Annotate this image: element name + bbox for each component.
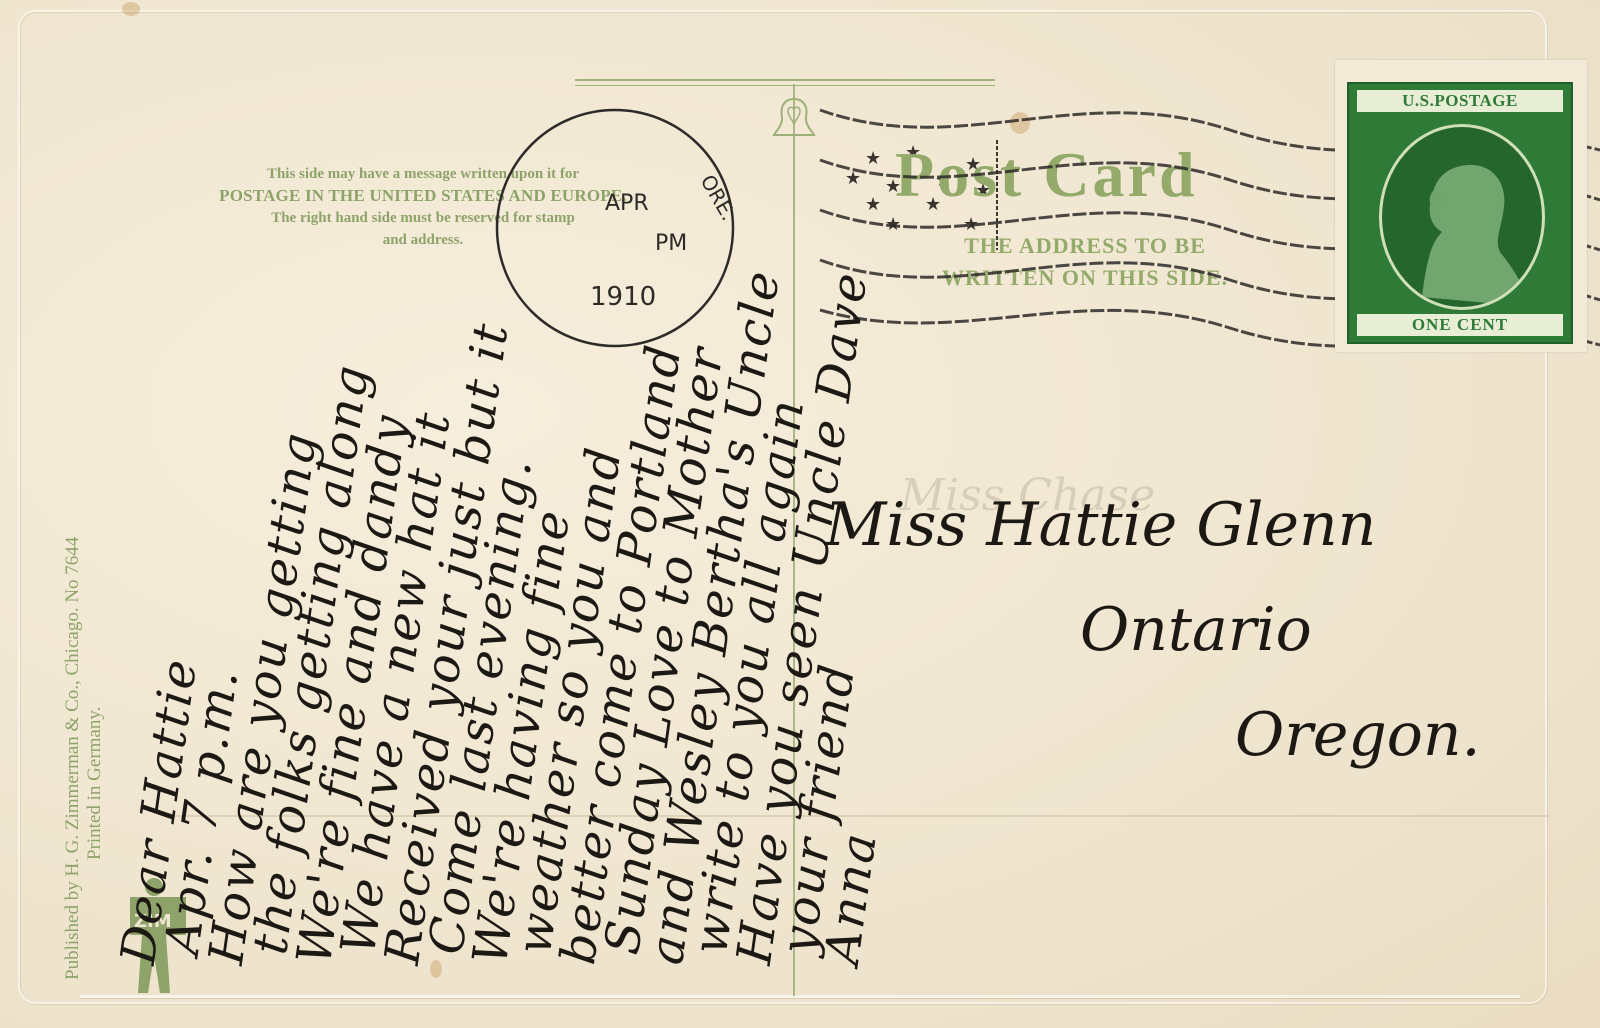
handwritten-address: Miss Hattie Glenn Ontario Oregon.	[825, 470, 1565, 830]
stamp-top-label: U.S.POSTAGE	[1357, 90, 1563, 112]
address-state: Oregon.	[1235, 700, 1481, 770]
address-name: Miss Hattie Glenn	[825, 490, 1376, 560]
postcard: This side may have a message written upo…	[0, 0, 1600, 1028]
postage-stamp: U.S.POSTAGE ONE CENT	[1335, 60, 1587, 352]
franklin-portrait-icon	[1379, 124, 1545, 310]
stamp-bottom-label: ONE CENT	[1357, 314, 1563, 336]
stamp-frame: U.S.POSTAGE ONE CENT	[1347, 82, 1573, 344]
address-city: Ontario	[1080, 595, 1312, 665]
handwritten-message: Dear HattieApr. 7 p.m.How are you gettin…	[0, 0, 800, 1028]
